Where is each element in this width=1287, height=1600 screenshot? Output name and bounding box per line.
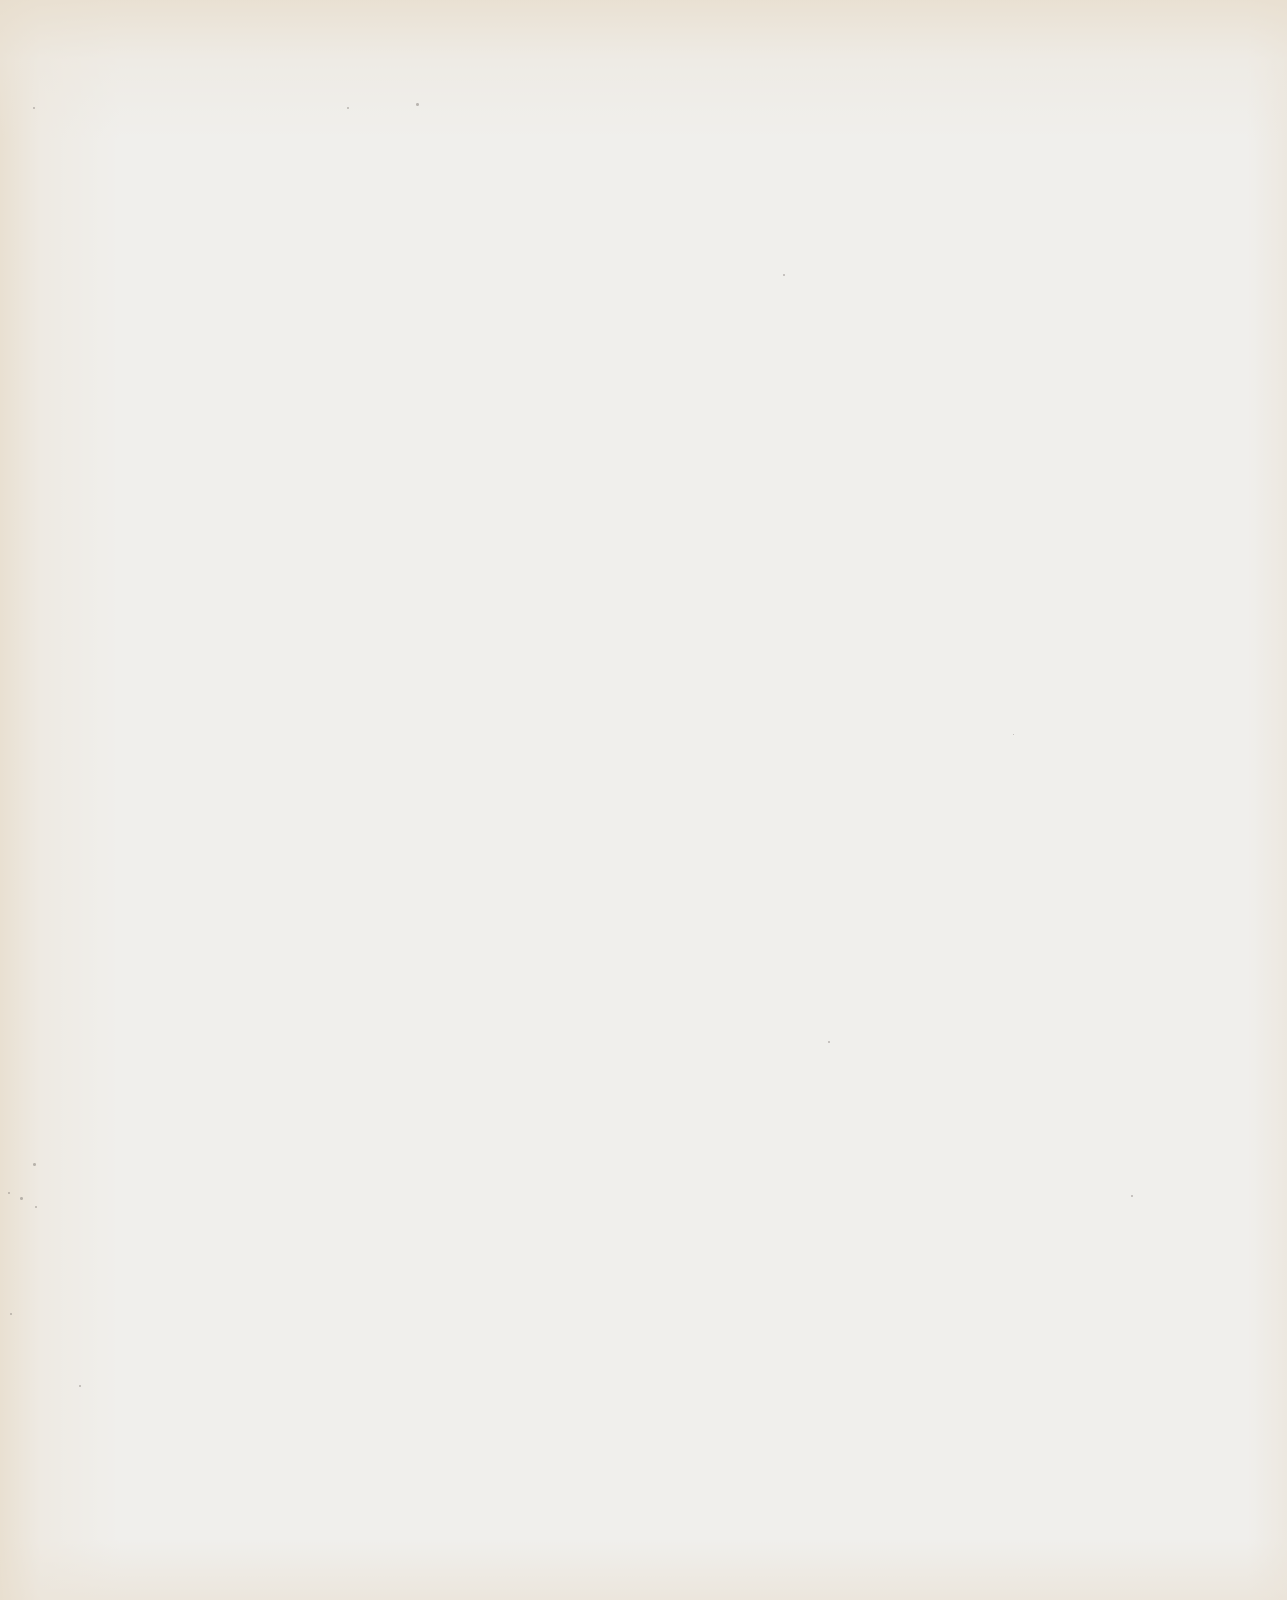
dust-speck	[33, 1163, 36, 1166]
dust-speck	[828, 1041, 830, 1043]
dust-speck	[1131, 1195, 1133, 1197]
dust-speck	[783, 274, 785, 276]
dust-speck	[8, 1192, 10, 1194]
blank-page	[0, 0, 1287, 1600]
dust-speck	[416, 103, 419, 106]
dust-speck	[79, 1385, 81, 1387]
dust-speck	[347, 107, 349, 109]
dust-speck	[10, 1313, 12, 1315]
dust-speck	[20, 1197, 23, 1200]
dust-speck	[35, 1206, 37, 1208]
dust-speck	[1013, 734, 1014, 735]
dust-speck	[33, 107, 35, 109]
